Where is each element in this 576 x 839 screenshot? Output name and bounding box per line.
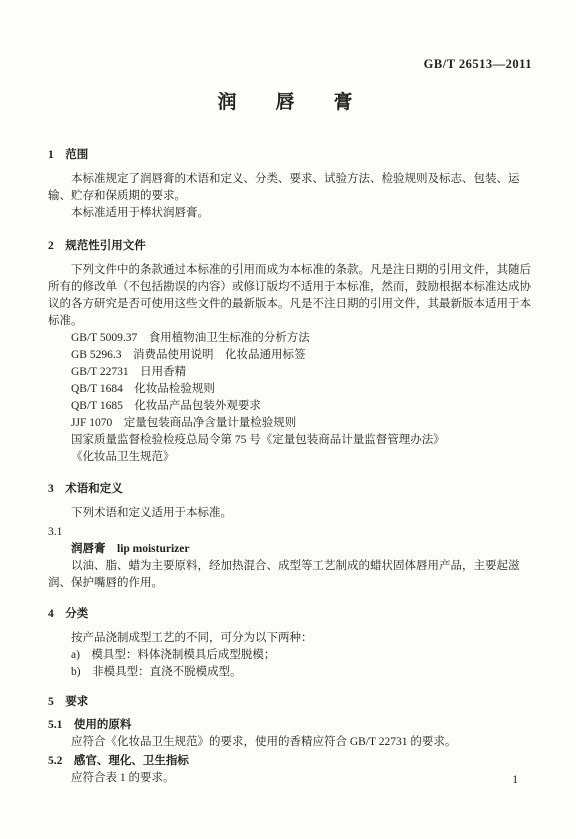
reference-item: JJF 1070 定量包装商品净含量计量检验规则 — [71, 415, 532, 432]
clause-number: 3.1 — [48, 524, 532, 541]
terms-intro: 下列术语和定义适用于本标准。 — [48, 505, 532, 522]
section-references-heading: 2 规范性引用文件 — [48, 238, 532, 255]
classification-intro: 按产品浇制成型工艺的不同，可分为以下两种： — [48, 630, 532, 647]
reference-item: 《化妆品卫生规范》 — [71, 449, 532, 466]
standard-code: GB/T 26513—2011 — [48, 56, 532, 73]
section-classification-heading: 4 分类 — [48, 606, 532, 623]
document-page: GB/T 26513—2011 润 唇 膏 1 范围 本标准规定了润唇膏的术语和… — [0, 0, 576, 839]
subsection-raw-materials-heading: 5.1 使用的原料 — [48, 717, 532, 734]
reference-item: GB/T 5009.37 食用植物油卫生标准的分析方法 — [71, 330, 532, 347]
classification-item: b) 非模具型：直浇不脱模成型。 — [71, 664, 532, 681]
raw-materials-text: 应符合《化妆品卫生规范》的要求，使用的香精应符合 GB/T 22731 的要求。 — [48, 734, 532, 751]
page-number: 1 — [512, 772, 518, 789]
term-entry: 润唇膏lip moisturizer — [71, 541, 532, 558]
term-english: lip moisturizer — [117, 543, 190, 555]
section-scope-heading: 1 范围 — [48, 147, 532, 164]
indicators-text: 应符合表 1 的要求。 — [48, 770, 532, 787]
reference-item: 国家质量监督检验检疫总局令第 75 号《定量包装商品计量监督管理办法》 — [71, 432, 532, 449]
section-terms-heading: 3 术语和定义 — [48, 481, 532, 498]
term-definition: 以油、脂、蜡为主要原料，经加热混合、成型等工艺制成的蜡状固体唇用产品，主要起滋润… — [48, 558, 532, 592]
scope-paragraph: 本标准适用于棒状润唇膏。 — [48, 205, 532, 222]
reference-item: QB/T 1684 化妆品检验规则 — [71, 381, 532, 398]
references-intro: 下列文件中的条款通过本标准的引用而成为本标准的条款。凡是注日期的引用文件，其随后… — [48, 262, 532, 330]
reference-item: GB 5296.3 消费品使用说明 化妆品通用标签 — [71, 347, 532, 364]
term-chinese: 润唇膏 — [71, 543, 106, 555]
classification-item: a) 模具型：料体浇制模具后成型脱模； — [71, 647, 532, 664]
reference-item: GB/T 22731 日用香精 — [71, 364, 532, 381]
document-title: 润 唇 膏 — [48, 91, 532, 115]
subsection-indicators-heading: 5.2 感官、理化、卫生指标 — [48, 753, 532, 770]
section-requirements-heading: 5 要求 — [48, 694, 532, 711]
reference-item: QB/T 1685 化妆品产品包装外观要求 — [71, 398, 532, 415]
scope-paragraph: 本标准规定了润唇膏的术语和定义、分类、要求、试验方法、检验规则及标志、包装、运输… — [48, 171, 532, 205]
